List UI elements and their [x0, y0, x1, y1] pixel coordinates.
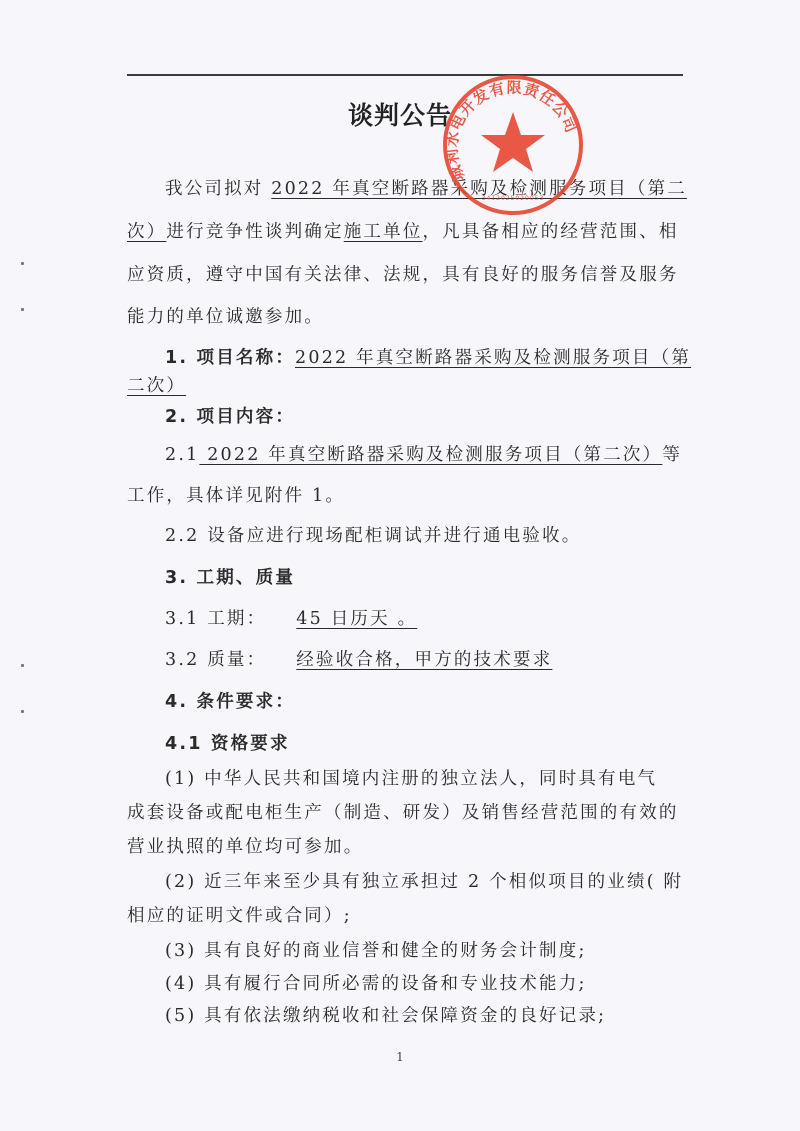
document-title: 谈判公告	[0, 96, 800, 132]
section4-heading: 4. 条件要求：	[165, 690, 295, 714]
page-number: 1	[0, 1050, 800, 1064]
section3-item1: 3.1 工期：45 日历天 。	[165, 607, 417, 631]
requirement-2-line-2: 相应的证明文件或合同）;	[127, 904, 352, 928]
requirement-1-line-2: 成套设备或配电柜生产（制造、研发）及销售经营范围的有效的	[127, 801, 679, 825]
section1-line-2: 二次）	[127, 374, 186, 398]
star-icon	[481, 112, 545, 172]
section4-subheading: 4.1 资格要求	[165, 732, 290, 756]
section1-line: 1. 项目名称：2022 年真空断路器采购及检测服务项目（第	[165, 346, 691, 370]
intro-line-4: 能力的单位诚邀参加。	[127, 305, 324, 329]
section1-heading: 1. 项目名称：	[165, 348, 295, 368]
requirement-3: (3) 具有良好的商业信誉和健全的财务会计制度;	[165, 939, 587, 963]
company-seal-stamp: 城利水电开发有限责任公司 3412025020053	[440, 72, 586, 218]
requirement-1-line-3: 营业执照的单位均可参加。	[127, 835, 363, 859]
section3-heading: 3. 工期、质量	[165, 566, 295, 590]
requirement-2-line-1: (2) 近三年来至少具有独立承担过 2 个相似项目的业绩( 附	[165, 870, 683, 894]
svg-text:3412025020053: 3412025020053	[482, 195, 545, 202]
duration-value: 45 日历天 。	[296, 609, 417, 629]
intro-line-3: 应资质，遵守中国有关法律、法规，具有良好的服务信誉及服务	[127, 263, 679, 287]
scan-artifact	[21, 308, 24, 311]
header-rule	[127, 74, 683, 76]
section2-heading: 2. 项目内容：	[165, 405, 295, 429]
requirement-4: (4) 具有履行合同所必需的设备和专业技术能力;	[165, 972, 587, 996]
scan-artifact	[21, 664, 24, 667]
document-page: 谈判公告 我公司拟对 2022 年真空断路器采购及检测服务项目（第二 次）进行竞…	[0, 0, 800, 1131]
section2-item2: 2.2 设备应进行现场配柜调试并进行通电验收。	[165, 524, 582, 548]
section2-item1: 2.1 2022 年真空断路器采购及检测服务项目（第二次）等	[165, 443, 682, 467]
scan-artifact	[21, 710, 24, 713]
section2-item1-line2: 工作，具体详见附件 1。	[127, 484, 345, 508]
requirement-5: (5) 具有依法缴纳税收和社会保障资金的良好记录;	[165, 1004, 606, 1028]
scan-artifact	[21, 262, 24, 265]
section3-item2: 3.2 质量：经验收合格，甲方的技术要求	[165, 648, 552, 672]
intro-line-2: 次）进行竞争性谈判确定施工单位，凡具备相应的经营范围、相	[127, 220, 679, 244]
intro-line-1: 我公司拟对 2022 年真空断路器采购及检测服务项目（第二	[165, 177, 687, 201]
quality-value: 经验收合格，甲方的技术要求	[296, 650, 552, 670]
construction-unit: 施工单位	[344, 222, 423, 242]
requirement-1-line-1: (1) 中华人民共和国境内注册的独立法人，同时具有电气	[165, 767, 657, 791]
